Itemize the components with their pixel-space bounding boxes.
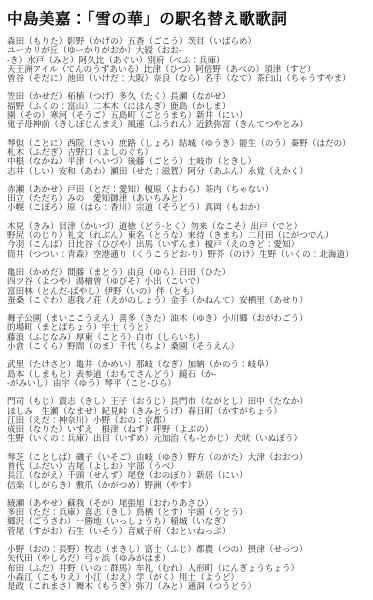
- document-page: 中島美嘉：「雪の華」の駅名替え歌歌詞 森田（もりた）影野（かげの）五香（ごこう）…: [0, 0, 373, 600]
- lyrics-line: 鬼子母神前（きしぼじんまえ）風連（ふうれん）近鉄弥富（きんてつやとみ）: [7, 120, 367, 129]
- lyrics-line: 是政（これまさ）舞木（もうぎ）弥刀（みと）通洞（つうどう）: [7, 582, 367, 591]
- lyrics-line: 曽谷（そだに）池田（いけだ：大阪）奈良（なら）名手（なて）茶臼山（ちゃうすやま）: [7, 74, 367, 83]
- lyrics-paragraph: 森田（もりた）影野（かげの）五香（ごこう）茨目（いばらめ）ユーカリが丘（ゆーかり…: [7, 37, 367, 83]
- lyrics-paragraph: 笠田（かせだ）柘植（つげ）多久（たく）長瀬（ながせ）福野（ふくの：富山）二本木（…: [7, 92, 367, 129]
- lyrics-line: 志井（しい）安和（あわ）瀬田（せた：滋賀）阿分（あふん）永覚（えかく）: [7, 167, 367, 176]
- lyrics-body: 森田（もりた）影野（かげの）五香（ごこう）茨目（いばらめ）ユーカリが丘（ゆーかり…: [7, 37, 367, 592]
- lyrics-line: 筒井（つつい：青森）空港通り（くうこうどお-り）野芥（のけ）生野（いくの：北海道…: [7, 250, 367, 259]
- page-title: 中島美嘉：「雪の華」の駅名替え歌歌詞: [7, 7, 367, 29]
- lyrics-paragraph: 亀田（かめだ）間藤（まとう）由良（ゆら）日田（ひた）四ツ谷（よつや）湯檜曽（ゆび…: [7, 268, 367, 305]
- lyrics-line: 小倉（こくら）野間（のま）千代（ちよ）桑園（そうえん）: [7, 342, 367, 351]
- lyrics-paragraph: 武里（たけさと）亀井（かめい）那岐（なぎ）加納（かのう：岐阜）島本（しまもと）表…: [7, 360, 367, 388]
- lyrics-line: 信楽（しがらき）敷爪（かがつめ）野洲（やす）: [7, 481, 367, 490]
- lyrics-paragraph: 舞子公園（まいここうえん）喜多（きた）油木（ゆき）小川郷（おがわごう）的場町（ま…: [7, 314, 367, 351]
- lyrics-paragraph: 琴似（ことに）西院（さい）庶路（しょろ）結城（ゆうき）能生（のう）秦野（はだの）…: [7, 139, 367, 176]
- lyrics-line: -がみいし）由宇（ゆう）琴平（こと-ひら）: [7, 379, 367, 388]
- lyrics-line: 菅尾（すがお）石生（いそう）音威子府（おといねっぷ）: [7, 527, 367, 536]
- lyrics-paragraph: 木見（きみ）貝津（かいづ）道徳（どう-とく）勿来（なこそ）出戸（でと）野尻（のじ…: [7, 222, 367, 259]
- lyrics-paragraph: 門司（もじ）貴志（きし）王子（おうじ）長門市（ながとし）田中（たなか）ほしみ 生…: [7, 397, 367, 443]
- lyrics-line: 生野（いくの：兵庫）出目（いずめ）元加治（も-とかじ）犬吠（いぬぼう）: [7, 434, 367, 443]
- lyrics-paragraph: 小野（おの：長野）牧志（まきし）富士（ふじ）都農（つの）摂津（せっつ）矢代田（や…: [7, 545, 367, 591]
- lyrics-line: 小幌（こぼろ）原（はら：香川）宗道（そうどう）真岡（もおか）: [7, 203, 367, 212]
- lyrics-paragraph: 琴芝（ことしば）磯子（いそご）由岐（ゆき）野方（のがた）大津（おおつ）普代（ふだ…: [7, 453, 367, 490]
- lyrics-paragraph: 綾瀬（あやせ）蘇我（そが）尾張旭（おわりあさひ）多田（ただ：兵庫）喜志（きし）鳥…: [7, 499, 367, 536]
- lyrics-paragraph: 赤瀬（あかせ）戸田（とだ：愛知）榎原（よわら）茶内（ちゃない）田立（ただち）みの…: [7, 185, 367, 213]
- lyrics-line: 蚕桑（こぐわ）恵我ノ荘（えがのしょう）金手（かねんて）安栖里（あせり）: [7, 296, 367, 305]
